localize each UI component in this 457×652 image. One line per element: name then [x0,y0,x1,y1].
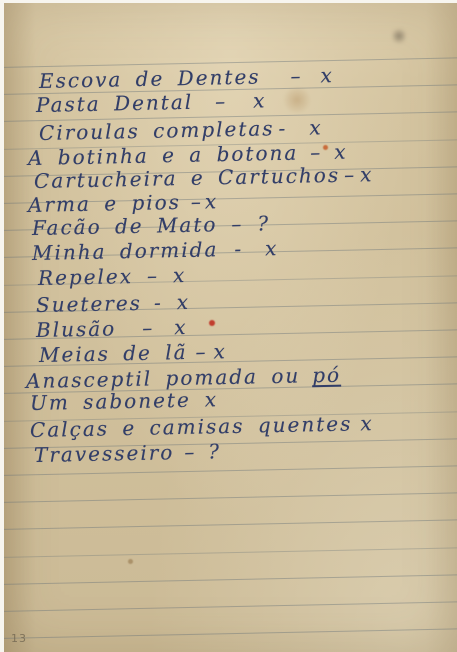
check-mark: x [360,161,374,187]
check-mark: x [309,114,323,140]
dash: – [344,162,357,188]
dash: – [184,439,197,465]
item-text: Meias de lã [39,340,188,367]
list-item: Travesseiro–? [34,438,222,468]
list-item: Minha dormida-x [32,235,279,266]
dash: – [215,88,228,114]
dash: - [154,289,163,315]
check-mark: x [320,62,334,88]
item-text: Pasta Dental [36,90,194,117]
check-mark: x [174,314,188,340]
dash: – [231,211,244,237]
check-mark: x [265,235,279,261]
ruled-line [4,547,457,558]
red-ink-dot [209,320,215,326]
item-text: Um sabonete [30,388,191,415]
list-item: Repelex–x [38,262,187,291]
item-text: Travesseiro [34,440,175,467]
check-mark: pó [312,365,341,388]
ruled-line [4,601,457,612]
item-text: Sueteres [36,291,142,317]
check-mark: ? [257,210,270,236]
item-text: Minha dormida [32,237,219,265]
dash: – [290,63,303,89]
item-text: Calças e camisas quentes [30,412,353,442]
paper-speck [128,559,133,564]
check-mark: x [360,410,374,436]
notebook-page: Escova de Dentes–x Pasta Dental–x Ciroul… [4,3,457,652]
check-mark: x [173,262,187,288]
page-number: 13 [11,632,27,645]
list-item: Pasta Dental–x [36,87,267,118]
check-mark: x [253,87,267,113]
check-mark: ? [208,438,221,464]
dash: – [195,339,208,365]
ruled-line [4,492,457,503]
item-text: Repelex [38,264,134,290]
item-text: Blusão [36,316,117,342]
dash: - [234,236,243,262]
ruled-line [4,520,457,531]
ink-smudge [392,27,406,45]
dash: – [142,315,155,341]
scanned-notebook-photo: Escova de Dentes–x Pasta Dental–x Ciroul… [0,0,457,652]
check-mark: x [205,386,219,412]
paper-stain [282,87,312,113]
check-mark: x [213,338,227,364]
dash: – [147,263,160,289]
ruled-line [4,628,457,639]
list-item: Um sabonetex [30,386,219,416]
check-mark: x [176,289,190,315]
dash: - [278,115,287,141]
ruled-line [4,574,457,585]
